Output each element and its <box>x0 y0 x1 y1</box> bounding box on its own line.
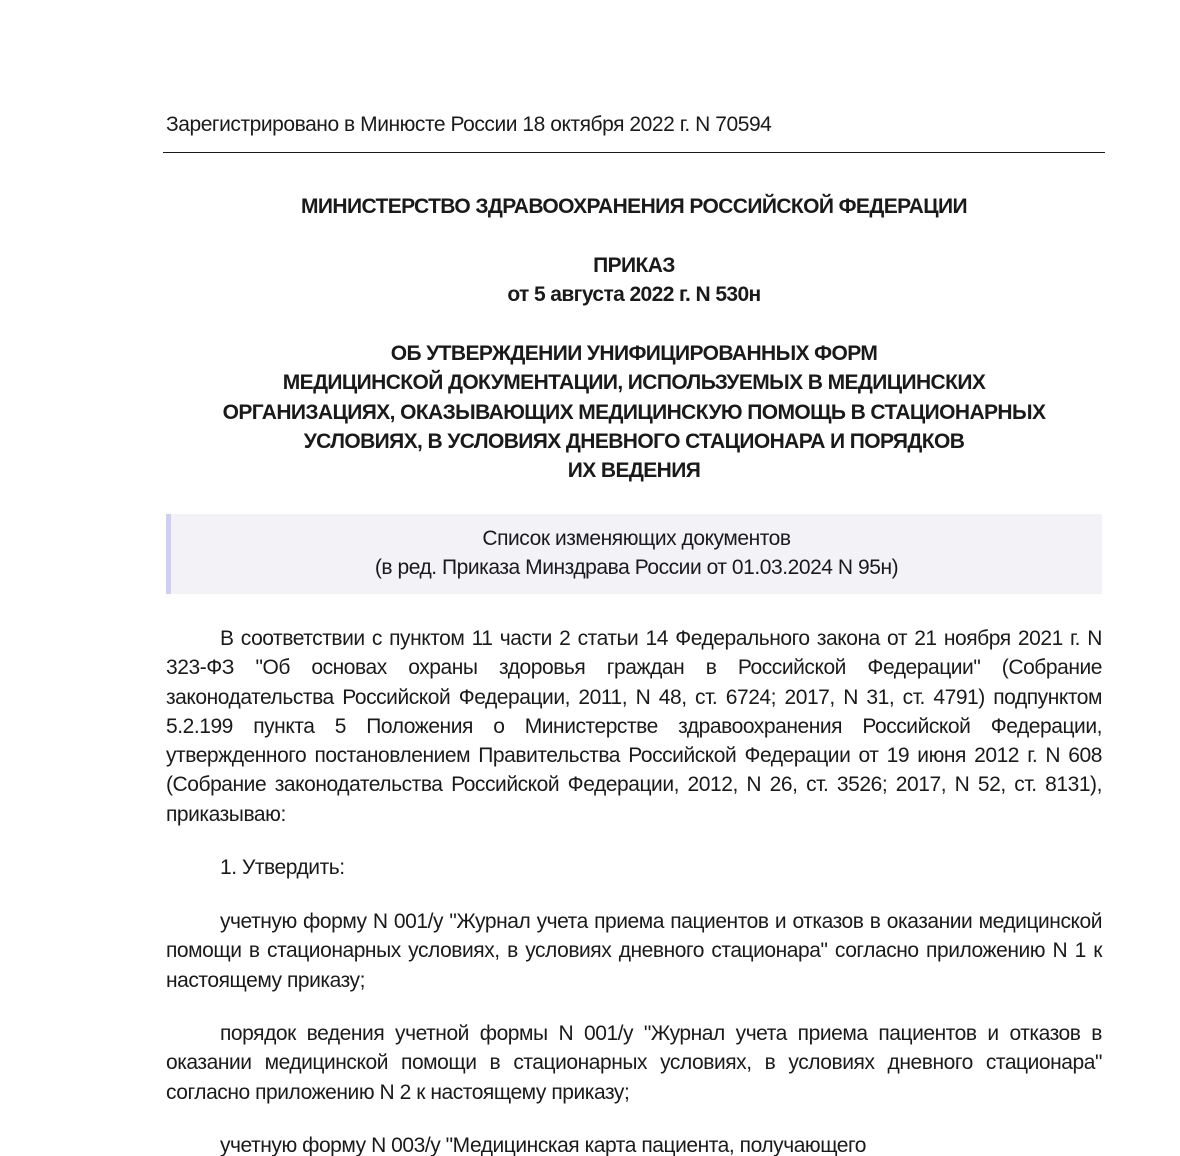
preamble-paragraph: В соответствии с пунктом 11 части 2 стат… <box>166 624 1102 829</box>
subject-line: УСЛОВИЯХ, В УСЛОВИЯХ ДНЕВНОГО СТАЦИОНАРА… <box>166 427 1102 456</box>
clause-item: учетную форму N 003/у "Медицинская карта… <box>166 1131 1102 1156</box>
registration-note: Зарегистрировано в Минюсте России 18 окт… <box>166 110 771 139</box>
header-divider <box>163 152 1105 153</box>
subject-line: ИХ ВЕДЕНИЯ <box>166 456 1102 485</box>
order-type: ПРИКАЗ <box>166 251 1102 280</box>
clause-item: учетную форму N 001/у "Журнал учета прие… <box>166 907 1102 995</box>
subject-line: МЕДИЦИНСКОЙ ДОКУМЕНТАЦИИ, ИСПОЛЬЗУЕМЫХ В… <box>166 368 1102 397</box>
clause-1-heading: 1. Утвердить: <box>166 853 1102 882</box>
order-subject: ОБ УТВЕРЖДЕНИИ УНИФИЦИРОВАННЫХ ФОРМ МЕДИ… <box>166 339 1102 485</box>
clause-item: порядок ведения учетной формы N 001/у "Ж… <box>166 1019 1102 1107</box>
order-heading: ПРИКАЗ от 5 августа 2022 г. N 530н <box>166 251 1102 310</box>
subject-line: ОРГАНИЗАЦИЯХ, ОКАЗЫВАЮЩИХ МЕДИЦИНСКУЮ ПО… <box>166 398 1102 427</box>
amendments-box: Список изменяющих документов (в ред. При… <box>166 514 1102 594</box>
subject-line: ОБ УТВЕРЖДЕНИИ УНИФИЦИРОВАННЫХ ФОРМ <box>166 339 1102 368</box>
amendments-title: Список изменяющих документов <box>171 524 1102 553</box>
ministry-heading: МИНИСТЕРСТВО ЗДРАВООХРАНЕНИЯ РОССИЙСКОЙ … <box>166 192 1102 221</box>
order-date-number: от 5 августа 2022 г. N 530н <box>166 280 1102 309</box>
amendment-link[interactable]: (в ред. Приказа Минздрава России от 01.0… <box>171 553 1102 582</box>
